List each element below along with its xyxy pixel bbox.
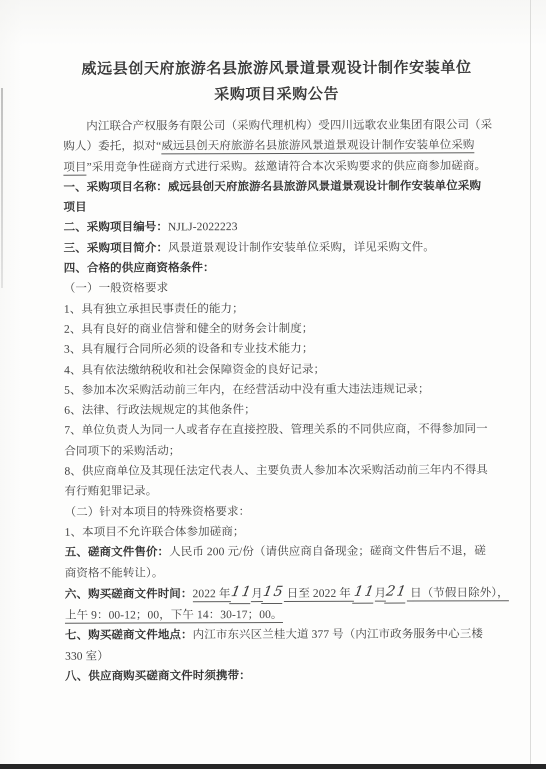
handwritten-date: 21 <box>385 581 410 603</box>
text-line: 一、采购项目名称：威远县创天府旅游名县旅游风景道景观设计制作安装单位采购 <box>63 176 490 198</box>
text-line: 二、采购项目编号：NJLJ-2022223 <box>64 217 491 239</box>
text-line: 上午 9：00-12；00，下午 14：30-17；00。 <box>65 604 492 626</box>
handwritten-date: 11 <box>352 581 377 603</box>
scan-edge-left <box>1 88 3 288</box>
document-title-line-2: 采购项目采购公告 <box>63 81 490 108</box>
text-line: 五、磋商文件售价：人民币 200 元/份（请供应商自备现金；磋商文件售后不退，磋 <box>65 541 492 563</box>
text-line: 七、购买磋商文件地点：内江市东兴区兰桂大道 377 号（内江市政务服务中心三楼 <box>65 625 492 647</box>
text-line: 三、采购项目简介：风景道景观设计制作安装单位采购，详见采购文件。 <box>64 237 491 259</box>
text-line: 六、购买磋商文件时间：2022 年11月15 日至 2022 年 11月21 日… <box>65 582 492 606</box>
text-line: 1、本项目不允许联合体参加磋商； <box>65 521 492 543</box>
scanned-page: 威远县创天府旅游名县旅游风景道景观设计制作安装单位 采购项目采购公告 内江联合产… <box>0 0 546 769</box>
document-title: 威远县创天府旅游名县旅游风景道景观设计制作安装单位 采购项目采购公告 <box>63 55 490 108</box>
text-line: （二）针对本项目的特殊资格要求： <box>65 501 492 523</box>
text-line: 2、具有良好的商业信誉和健全的财务会计制度； <box>64 318 491 340</box>
text-line: 330 室） <box>65 645 492 667</box>
document-title-line-1: 威远县创天府旅游名县旅游风景道景观设计制作安装单位 <box>63 55 490 82</box>
text-line: 项目”采用竞争性磋商方式进行采购。兹邀请符合本次采购要求的供应商参加磋商。 <box>63 156 490 178</box>
scan-edge-bottom <box>0 764 546 769</box>
handwritten-date: 11 <box>229 582 254 604</box>
text-line: 购人）委托，拟对“威远县创天府旅游名县旅游风景道景观设计制作安装单位采购 <box>63 136 490 158</box>
handwritten-date: 15 <box>261 582 286 604</box>
paper-edge-right <box>530 0 531 764</box>
text-line: 合同项下的采购活动； <box>64 440 491 462</box>
text-line: 1、具有独立承担民事责任的能力； <box>64 298 491 320</box>
text-line: 5、参加本次采购活动前三年内，在经营活动中没有重大违法违规记录； <box>64 379 491 401</box>
text-line: 四、合格的供应商资格条件： <box>64 257 491 279</box>
text-line: 7、单位负责人为同一人或者存在直接控股、管理关系的不同供应商，不得参加同一 <box>64 420 491 442</box>
document-body: 内江联合产权服务有限公司（采购代理机构）受四川远歌农业集团有限公司（采购人）委托… <box>63 115 492 687</box>
text-line: 商资格不能转让）。 <box>65 562 492 584</box>
text-line: （一）一般资格要求 <box>64 278 491 300</box>
text-line: 4、具有依法缴纳税收和社会保障资金的良好记录； <box>64 359 491 381</box>
text-line: 八、供应商购买磋商文件时须携带： <box>65 665 492 687</box>
text-line: 内江联合产权服务有限公司（采购代理机构）受四川远歌农业集团有限公司（采 <box>63 115 490 137</box>
document-content: 威远县创天府旅游名县旅游风景道景观设计制作安装单位 采购项目采购公告 内江联合产… <box>63 55 492 687</box>
text-line: 项目 <box>63 196 490 218</box>
text-line: 有行贿犯罪记录。 <box>64 481 491 503</box>
text-line: 6、法律、行政法规规定的其他条件； <box>64 399 491 421</box>
text-line: 3、具有履行合同所必须的设备和专业技术能力； <box>64 339 491 361</box>
text-line: 8、供应商单位及其现任法定代表人、主要负责人参加本次采购活动前三年内不得具 <box>64 460 491 482</box>
